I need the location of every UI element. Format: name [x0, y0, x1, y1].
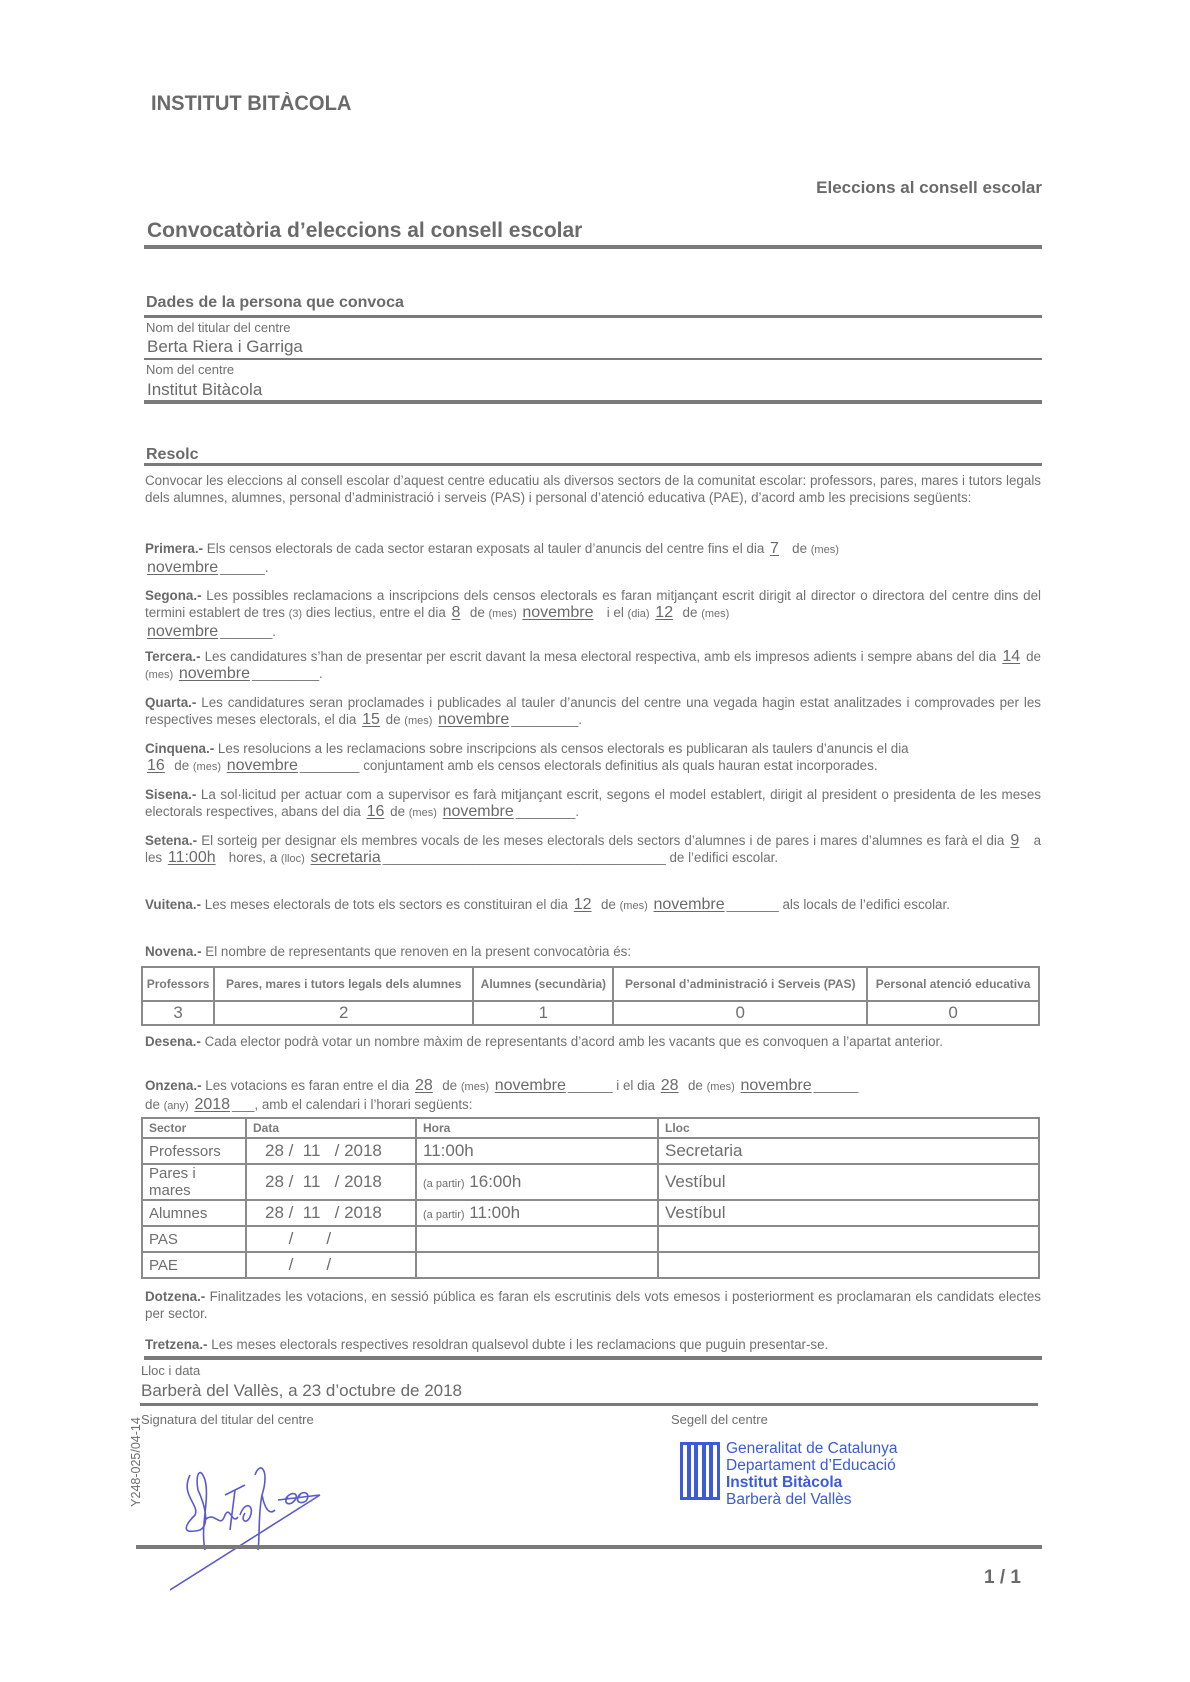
number-tag: (3) [289, 608, 302, 620]
resolution-intro: Convocar les eleccions al consell escola… [145, 472, 1041, 506]
sector-cell: PAS [142, 1226, 246, 1252]
clause-text: Cada elector podrà votar un nombre màxim… [205, 1034, 943, 1049]
clause-setena: Setena.- El sorteig per designar els mem… [145, 832, 1041, 868]
clause-text: als locals de l’edifici escolar. [782, 897, 949, 912]
month-tag: (mes) [707, 1081, 735, 1093]
sector-cell: Alumnes [142, 1200, 246, 1226]
time-prefix: (a partir) [423, 1178, 465, 1190]
clause-text: Finalitzades les votacions, en sessió pú… [145, 1289, 1041, 1321]
clause-text: Les meses electorals respectives resoldr… [211, 1337, 828, 1352]
day-to-field[interactable]: 28 [659, 1077, 681, 1094]
sector-cell: Professors [142, 1138, 246, 1164]
seal-label: Segell del centre [671, 1412, 768, 1427]
clause-onzena: Onzena.- Les votacions es faran entre el… [145, 1077, 1041, 1115]
sector-cell: PAE [142, 1252, 246, 1278]
month-tag: (mes) [811, 544, 839, 556]
clause-text: dies lectius, entre el dia [306, 605, 446, 620]
value-students[interactable]: 1 [473, 1001, 613, 1025]
place-field[interactable] [658, 1252, 1039, 1278]
institution-name: INSTITUT BITÀCOLA [151, 92, 351, 116]
place-field[interactable]: Vestíbul [658, 1164, 1039, 1200]
header-students: Alumnes (secundària) [473, 967, 613, 1001]
time-field[interactable]: 11:00h [416, 1138, 658, 1164]
place-field[interactable]: Vestíbul [658, 1200, 1039, 1226]
day-field[interactable]: 7 [768, 540, 781, 557]
year-tag: (any) [164, 1100, 189, 1112]
day-field[interactable]: 9 [1008, 832, 1021, 849]
clause-text: de [442, 1078, 457, 1093]
resolution-divider [144, 463, 1042, 466]
clause-text: El sorteig per designar els membres voca… [201, 833, 1004, 848]
month-tag: (mes) [404, 715, 432, 727]
document-title: Convocatòria d’eleccions al consell esco… [147, 219, 582, 243]
day-field[interactable]: 16 [365, 803, 387, 820]
place-tag: (lloc) [281, 853, 305, 865]
place-date-field[interactable]: Barberà del Vallès, a 23 d’octubre de 20… [141, 1381, 462, 1401]
header-pas: Personal d’administració i Serveis (PAS) [613, 967, 867, 1001]
table-header-row: Sector Data Hora Lloc [142, 1118, 1039, 1138]
time-field[interactable]: 11:00h [166, 849, 218, 866]
date-field[interactable]: 28 / 11 / 2018 [246, 1200, 416, 1226]
month-tag: (mes) [620, 900, 648, 912]
date-field[interactable]: / / [246, 1252, 416, 1278]
form-category: Eleccions al consell escolar [816, 178, 1042, 198]
clause-dotzena: Dotzena.- Finalitzades les votacions, en… [145, 1288, 1041, 1322]
clause-text: de [174, 758, 189, 773]
clause-text: de [390, 804, 405, 819]
convener-divider [144, 315, 1042, 318]
clause-text: El nombre de representants que renoven e… [205, 944, 631, 959]
clause-text: de [601, 897, 616, 912]
day-from-field[interactable]: 8 [450, 604, 463, 621]
month-tag: (mes) [489, 608, 517, 620]
clause-text: de [683, 605, 698, 620]
month-field[interactable]: novembre [436, 711, 511, 728]
clause-text: de [470, 605, 485, 620]
centre-name-field[interactable]: Institut Bitàcola [147, 380, 262, 400]
place-date-divider [140, 1403, 1038, 1406]
clause-label: Onzena.- [145, 1078, 202, 1093]
title-divider [144, 245, 1042, 249]
bottom-divider [136, 1545, 1042, 1549]
generalitat-logo-icon [680, 1442, 720, 1500]
month-tag: (mes) [193, 761, 221, 773]
clause-label: Novena.- [145, 944, 202, 959]
time-field[interactable]: (a partir) 16:00h [416, 1164, 658, 1200]
clause-text: de [386, 712, 401, 727]
clause-label: Tercera.- [145, 649, 201, 664]
clause-label: Vuitena.- [145, 897, 201, 912]
clause-text: conjuntament amb els censos electorals d… [363, 758, 877, 773]
month-field[interactable]: novembre [225, 757, 300, 774]
date-field[interactable]: 28 / 11 / 2018 [246, 1138, 416, 1164]
clause-segona: Segona.- Les possibles reclamacions a in… [145, 587, 1041, 640]
month-tag: (mes) [145, 669, 173, 681]
representatives-table: Professors Pares, mares i tutors legals … [141, 966, 1040, 1026]
holder-label: Nom del titular del centre [146, 320, 291, 335]
clause-tercera: Tercera.- Les candidatures s’han de pres… [145, 648, 1041, 684]
day-field[interactable]: 12 [572, 896, 594, 913]
month-from-field[interactable]: novembre [493, 1077, 568, 1094]
seal-line: Barberà del Vallès [726, 1491, 897, 1508]
clause-label: Tretzena.- [145, 1337, 208, 1352]
header-time: Hora [416, 1118, 658, 1138]
clause-text: Les candidatures s’han de presentar per … [205, 649, 997, 664]
value-professors[interactable]: 3 [142, 1001, 214, 1025]
document-code: Y248-025/04-14 [129, 1402, 143, 1522]
day-field[interactable]: 16 [145, 757, 167, 774]
clause-label: Dotzena.- [145, 1289, 205, 1304]
clause-text: Les candidatures seran proclamades i pub… [145, 695, 1041, 727]
clause-text: La sol·licitud per actuar com a supervis… [145, 787, 1041, 819]
clause-label: Primera.- [145, 541, 203, 556]
table-header-row: Professors Pares, mares i tutors legals … [142, 967, 1039, 1001]
month-to-field[interactable]: novembre [738, 1077, 813, 1094]
voting-calendar-table: Sector Data Hora Lloc Professors 28 / 11… [141, 1117, 1040, 1279]
clause-text: Les resolucions a les reclamacions sobre… [218, 741, 909, 756]
table-row: Professors 28 / 11 / 2018 11:00h Secreta… [142, 1138, 1039, 1164]
clause-text: , amb el calendari i l’horari següents: [254, 1097, 472, 1112]
place-field[interactable] [658, 1226, 1039, 1252]
table-row: Alumnes 28 / 11 / 2018 (a partir) 11:00h… [142, 1200, 1039, 1226]
month-tag: (mes) [409, 807, 437, 819]
resolution-section-title: Resolc [146, 446, 198, 464]
clause-label: Segona.- [145, 588, 202, 603]
header-pae: Personal atenció educativa [867, 967, 1039, 1001]
holder-divider [144, 358, 1042, 360]
month-tag: (mes) [461, 1081, 489, 1093]
time-value: 16:00h [469, 1172, 521, 1191]
seal-line: Departament d’Educació [726, 1457, 897, 1474]
time-value: 11:00h [423, 1141, 474, 1160]
day-to-field[interactable]: 12 [653, 604, 675, 621]
clause-label: Quarta.- [145, 695, 196, 710]
seal-line: Institut Bitàcola [726, 1474, 897, 1491]
clause-vuitena: Vuitena.- Les meses electorals de tots e… [145, 896, 1041, 915]
clause-text: de [688, 1078, 703, 1093]
clause-cinquena: Cinquena.- Les resolucions a les reclama… [145, 740, 1041, 776]
clause-text: de [792, 541, 807, 556]
clause-text: i el [607, 605, 624, 620]
time-field[interactable] [416, 1226, 658, 1252]
time-value: 11:00h [469, 1203, 520, 1222]
clause-text: Els censos electorals de cada sector est… [207, 541, 765, 556]
clause-primera: Primera.- Els censos electorals de cada … [145, 540, 1041, 576]
clause-text: de [1026, 649, 1041, 664]
date-field[interactable]: / / [246, 1226, 416, 1252]
month-field[interactable]: novembre [441, 803, 516, 820]
day-tag: (dia) [628, 608, 650, 620]
clause-text: Les meses electorals de tots els sectors… [205, 897, 568, 912]
header-place: Lloc [658, 1118, 1039, 1138]
day-field[interactable]: 15 [360, 711, 382, 728]
clause-label: Sisena.- [145, 787, 196, 802]
month-field[interactable]: novembre [145, 559, 220, 576]
clause-label: Desena.- [145, 1034, 201, 1049]
month-tag: (mes) [701, 608, 729, 620]
signature-label: Signatura del titular del centre [141, 1412, 314, 1427]
clause-text: i el dia [616, 1078, 655, 1093]
holder-name-field[interactable]: Berta Riera i Garriga [147, 337, 303, 357]
month-to-field[interactable]: novembre [145, 623, 220, 640]
footer-divider [144, 1356, 1042, 1360]
header-professors: Professors [142, 967, 214, 1001]
clause-text: de [145, 1097, 160, 1112]
place-field[interactable]: secretaria [308, 849, 382, 866]
clause-quarta: Quarta.- Les candidatures seran proclama… [145, 694, 1041, 730]
place-date-label: Lloc i data [141, 1363, 200, 1378]
clause-sisena: Sisena.- La sol·licitud per actuar com a… [145, 786, 1041, 822]
place-field[interactable]: Secretaria [658, 1138, 1039, 1164]
centre-label: Nom del centre [146, 362, 234, 377]
signature-icon [170, 1455, 370, 1595]
date-field[interactable]: 28 / 11 / 2018 [246, 1164, 416, 1200]
header-date: Data [246, 1118, 416, 1138]
table-row: 3 2 1 0 0 [142, 1001, 1039, 1025]
centre-divider [144, 400, 1042, 404]
table-row: PAS / / [142, 1226, 1039, 1252]
clause-desena: Desena.- Cada elector podrà votar un nom… [145, 1033, 1041, 1050]
clause-text: hores, a [229, 850, 277, 865]
clause-label: Setena.- [145, 833, 197, 848]
time-field[interactable] [416, 1252, 658, 1278]
table-row: PAE / / [142, 1252, 1039, 1278]
clause-tretzena: Tretzena.- Les meses electorals respecti… [145, 1336, 1041, 1353]
sector-cell: Pares i mares [142, 1164, 246, 1200]
value-pas[interactable]: 0 [613, 1001, 867, 1025]
month-field[interactable]: novembre [651, 896, 726, 913]
time-field[interactable]: (a partir) 11:00h [416, 1200, 658, 1226]
value-pae[interactable]: 0 [867, 1001, 1039, 1025]
day-field[interactable]: 14 [1000, 648, 1022, 665]
month-field[interactable]: novembre [177, 665, 252, 682]
time-prefix: (a partir) [423, 1209, 465, 1221]
convener-section-title: Dades de la persona que convoca [146, 294, 404, 312]
clause-label: Cinquena.- [145, 741, 214, 756]
seal-line: Generalitat de Catalunya [726, 1440, 897, 1457]
month-from-field[interactable]: novembre [520, 604, 595, 621]
year-field[interactable]: 2018 [192, 1096, 232, 1113]
clause-text: Les votacions es faran entre el dia [205, 1078, 409, 1093]
header-parents: Pares, mares i tutors legals dels alumne… [214, 967, 473, 1001]
page-number: 1 / 1 [984, 1567, 1021, 1589]
clause-novena: Novena.- El nombre de representants que … [145, 943, 1041, 960]
header-sector: Sector [142, 1118, 246, 1138]
day-from-field[interactable]: 28 [413, 1077, 435, 1094]
value-parents[interactable]: 2 [214, 1001, 473, 1025]
table-row: Pares i mares 28 / 11 / 2018 (a partir) … [142, 1164, 1039, 1200]
clause-text: de l’edifici escolar. [669, 850, 778, 865]
